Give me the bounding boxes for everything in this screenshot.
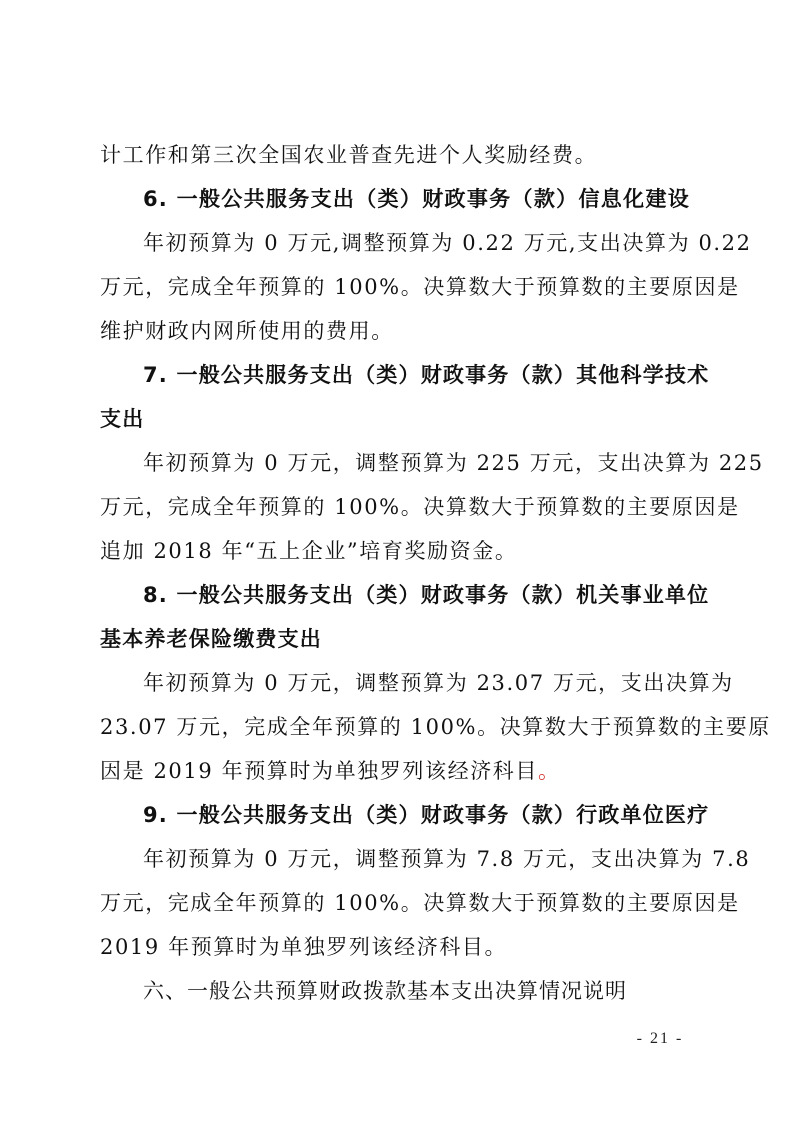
item-8-heading-line-1: 8. 一般公共服务支出（类）财政事务（款）机关事业单位 — [100, 573, 690, 617]
item-8-body-line-3: 因是 2019 年预算时为单独罗列该经济科目。 — [100, 749, 690, 793]
item-7-heading-line-2: 支出 — [100, 397, 690, 441]
item-9-body-line-2: 万元，完成全年预算的 100%。决算数大于预算数的主要原因是 — [100, 881, 690, 925]
paragraph-continuation: 计工作和第三次全国农业普查先进个人奖励经费。 — [100, 133, 690, 177]
section-6-heading: 六、一般公共预算财政拨款基本支出决算情况说明 — [100, 969, 690, 1013]
document-page: 计工作和第三次全国农业普查先进个人奖励经费。 6. 一般公共服务支出（类）财政事… — [0, 0, 793, 1122]
item-8-body-line-1: 年初预算为 0 万元，调整预算为 23.07 万元，支出决算为 — [100, 661, 690, 705]
item-6-body-line-3: 维护财政内网所使用的费用。 — [100, 309, 690, 353]
item-9-body-line-1: 年初预算为 0 万元，调整预算为 7.8 万元，支出决算为 7.8 — [100, 837, 690, 881]
red-period-mark: 。 — [538, 759, 561, 783]
page-number: - 21 - — [620, 1030, 700, 1048]
item-7-body-line-2: 万元，完成全年预算的 100%。决算数大于预算数的主要原因是 — [100, 485, 690, 529]
item-6-body-line-2: 万元，完成全年预算的 100%。决算数大于预算数的主要原因是 — [100, 265, 690, 309]
item-8-heading-line-2: 基本养老保险缴费支出 — [100, 617, 690, 661]
item-8-body-line-2: 23.07 万元，完成全年预算的 100%。决算数大于预算数的主要原 — [100, 705, 690, 749]
item-7-body-line-3: 追加 2018 年“五上企业”培育奖励资金。 — [100, 529, 690, 573]
item-9-body-line-3: 2019 年预算时为单独罗列该经济科目。 — [100, 925, 690, 969]
item-7-body-line-1: 年初预算为 0 万元，调整预算为 225 万元，支出决算为 225 — [100, 441, 690, 485]
item-8-body-line-3-text: 因是 2019 年预算时为单独罗列该经济科目 — [100, 759, 538, 783]
item-6-heading: 6. 一般公共服务支出（类）财政事务（款）信息化建设 — [100, 177, 690, 221]
page-content: 计工作和第三次全国农业普查先进个人奖励经费。 6. 一般公共服务支出（类）财政事… — [100, 133, 690, 1013]
item-7-heading-line-1: 7. 一般公共服务支出（类）财政事务（款）其他科学技术 — [100, 353, 690, 397]
item-6-body-line-1: 年初预算为 0 万元,调整预算为 0.22 万元,支出决算为 0.22 — [100, 221, 690, 265]
item-9-heading: 9. 一般公共服务支出（类）财政事务（款）行政单位医疗 — [100, 793, 690, 837]
